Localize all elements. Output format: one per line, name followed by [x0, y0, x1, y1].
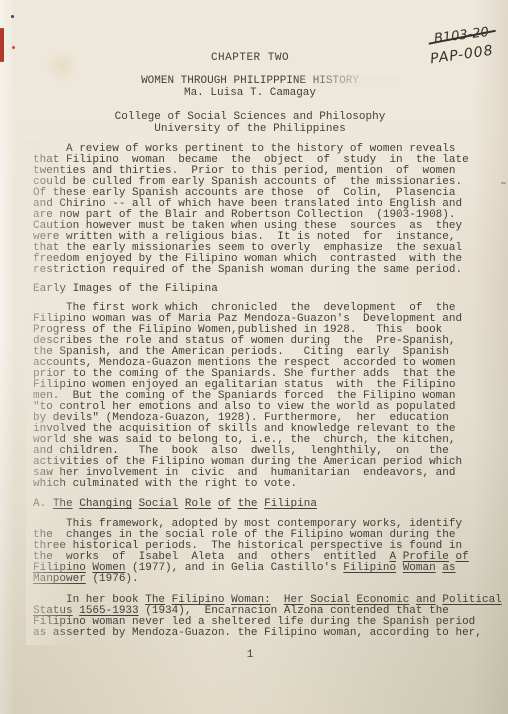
paragraph-review-of-works: A review of works pertinent to the histo… [33, 144, 493, 276]
paragraph-framework: This framework, adopted by most contempo… [33, 519, 493, 585]
affiliation-college: College of Social Sciences and Philosoph… [0, 111, 500, 123]
document-header: CHAPTER TWO WOMEN THROUGH PHILIPPPINE HI… [0, 52, 500, 135]
author-name: Ma. Luisa T. Camagay [0, 87, 500, 99]
chapter-heading: CHAPTER TWO [0, 52, 500, 64]
text-line: A. The Changing Social Role of the Filip… [33, 499, 493, 510]
section-heading-early-images: Early Images of the Filipina [33, 284, 493, 295]
text-line: which culminated with the right to vote. [33, 479, 493, 490]
scanned-document-page: B103-20 PAP-008 CHAPTER TWO WOMEN THROUG… [0, 0, 508, 714]
text-line: as asserted by Mendoza-Guazon. the Filip… [33, 628, 493, 639]
paragraph-mendoza-guazon: The first work which chronicled the deve… [33, 303, 493, 490]
text-line: Manpower (1976). [33, 574, 493, 585]
paragraph-alzona: In her book The Filipino Woman: Her Soci… [33, 595, 493, 639]
document-title: WOMEN THROUGH PHILIPPPINE HISTORY [0, 75, 500, 87]
text-line: restriction required of the Spanish woma… [33, 265, 493, 276]
document-body: A review of works pertinent to the histo… [33, 144, 493, 639]
section-heading-changing-role: A. The Changing Social Role of the Filip… [33, 499, 493, 510]
ink-speck [11, 15, 14, 18]
red-ink-speck [12, 46, 15, 49]
affiliation-university: University of the Philippines [0, 123, 500, 135]
scan-edge-mark [501, 182, 506, 184]
page-number: 1 [0, 649, 500, 661]
